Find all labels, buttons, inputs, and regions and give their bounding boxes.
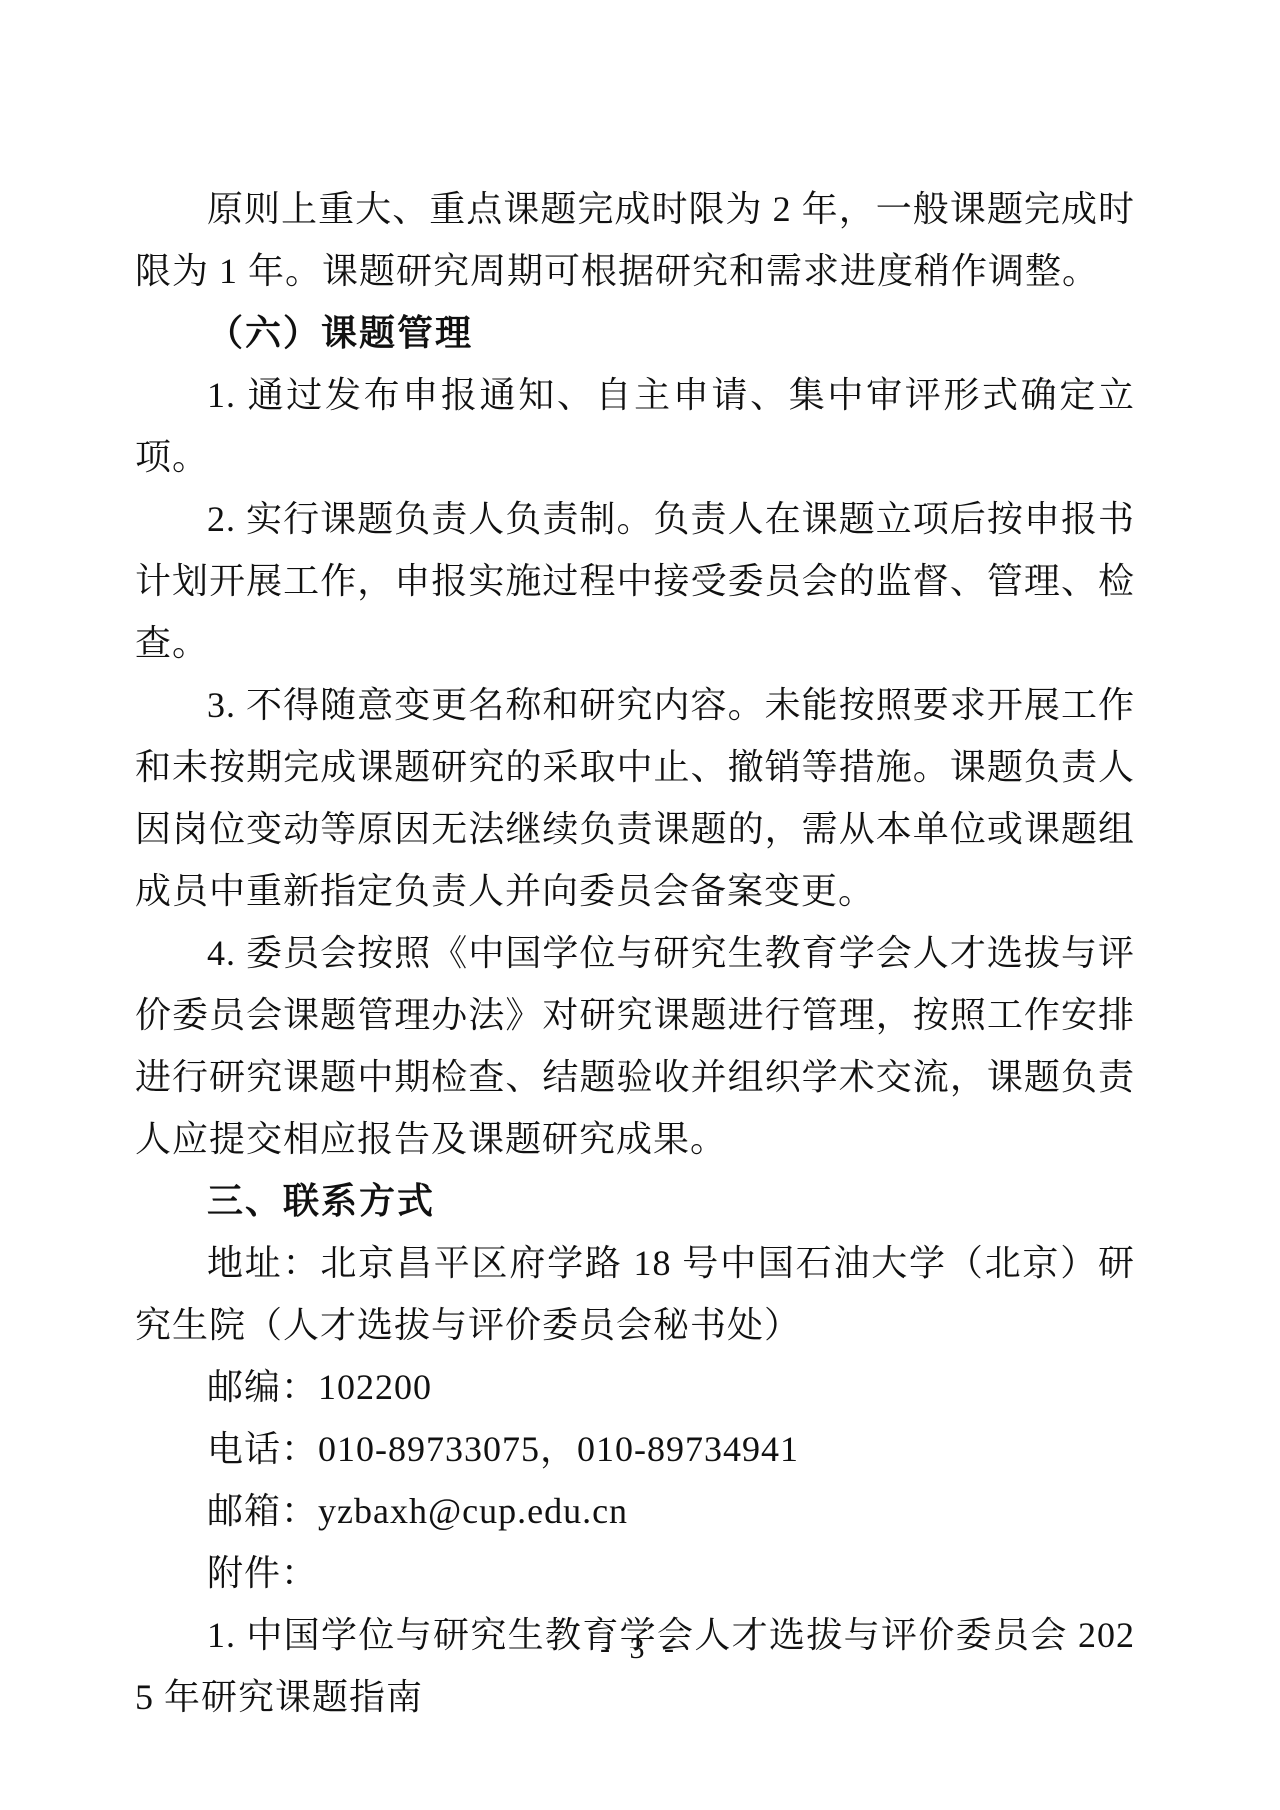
section-heading-contact: 三、联系方式 [135, 1170, 1135, 1232]
paragraph-item-4: 4. 委员会按照《中国学位与研究生教育学会人才选拔与评价委员会课题管理办法》对研… [135, 922, 1135, 1170]
paragraph-item-3: 3. 不得随意变更名称和研究内容。未能按照要求开展工作和未按期完成课题研究的采取… [135, 674, 1135, 922]
paragraph-attachment-1: 1. 中国学位与研究生教育学会人才选拔与评价委员会 2025 年研究课题指南 [135, 1604, 1135, 1728]
paragraph-postcode: 邮编：102200 [135, 1356, 1135, 1418]
paragraph-item-2: 2. 实行课题负责人负责制。负责人在课题立项后按申报书计划开展工作，申报实施过程… [135, 488, 1135, 674]
paragraph-address: 地址：北京昌平区府学路 18 号中国石油大学（北京）研究生院（人才选拔与评价委员… [135, 1232, 1135, 1356]
page-number: - 3 - [0, 1632, 1280, 1666]
document-page: 原则上重大、重点课题完成时限为 2 年，一般课题完成时限为 1 年。课题研究周期… [0, 0, 1280, 1810]
paragraph-deadline: 原则上重大、重点课题完成时限为 2 年，一般课题完成时限为 1 年。课题研究周期… [135, 178, 1135, 302]
document-body: 原则上重大、重点课题完成时限为 2 年，一般课题完成时限为 1 年。课题研究周期… [135, 178, 1135, 1728]
section-heading-project-management: （六）课题管理 [135, 302, 1135, 364]
paragraph-attachments-label: 附件： [135, 1542, 1135, 1604]
paragraph-phone: 电话：010-89733075，010-89734941 [135, 1418, 1135, 1480]
paragraph-item-1: 1. 通过发布申报通知、自主申请、集中审评形式确定立项。 [135, 364, 1135, 488]
paragraph-email: 邮箱：yzbaxh@cup.edu.cn [135, 1480, 1135, 1542]
